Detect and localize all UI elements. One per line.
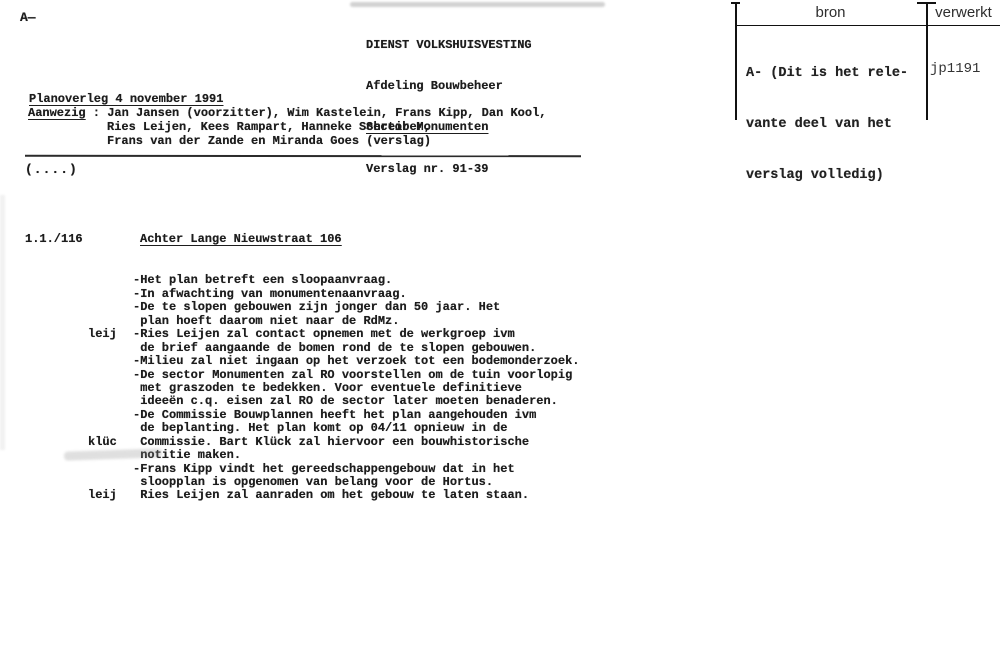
agenda-line: -De te slopen gebouwen zijn jonger dan 5… [0,300,1000,313]
agenda-rows: -Het plan betreft een sloopaanvraag.-In … [0,273,1000,501]
omission-mark: (....) [25,162,78,177]
agenda-line-text: -De te slopen gebouwen zijn jonger dan 5… [133,300,500,314]
agenda-line: de beplanting. Het plan komt op 04/11 op… [0,421,1000,434]
attendees-label: Aanwezig [28,106,86,120]
stamp-box-bron-note: A- (Dit is het rele- vante deel van het … [746,31,908,218]
letterhead-department: Afdeling Bouwbeheer [366,80,532,94]
agenda-line: -Frans Kipp vindt het gereedschappengebo… [0,462,1000,475]
agenda-line-text: Ries Leijen zal aanraden om het gebouw t… [133,488,529,502]
agenda-line-text: met graszoden te bedekken. Voor eventuel… [133,381,522,395]
scan-artifact-top [350,2,605,7]
stamp-box-bron-note-line-2: vante deel van het [746,116,908,133]
agenda-line-text: de beplanting. Het plan komt op 04/11 op… [133,421,507,435]
attendees-line-2: Ries Leijen, Kees Rampart, Hanneke Schre… [107,120,431,134]
agenda-line-text: -Frans Kipp vindt het gereedschappengebo… [133,462,515,476]
agenda-section: 1.1./116 Achter Lange Nieuwstraat 106 -H… [0,204,1000,530]
agenda-item-number: 1.1./116 [25,232,83,246]
divider-line [25,155,581,157]
agenda-line-text: -In afwachting van monumentenaanvraag. [133,287,407,301]
agenda-heading: Achter Lange Nieuwstraat 106 [140,232,342,246]
agenda-line-text: -Het plan betreft een sloopaanvraag. [133,273,392,287]
agenda-line: klüc Commissie. Bart Klück zal hiervoor … [0,435,1000,448]
attendees-line-3: Frans van der Zande en Miranda Goes (ver… [107,134,431,148]
agenda-line-text: de brief aangaande de bomen rond de te s… [133,341,536,355]
stamp-box-bron-note-line-3: verslag volledig) [746,167,908,184]
agenda-line-text: sloopplan is opgenomen van belang voor d… [133,475,493,489]
meeting-title: Planoverleg 4 november 1991 [29,92,223,106]
agenda-line: plan hoeft daarom niet naar de RdMz. [0,314,1000,327]
agenda-line-text: Commissie. Bart Klück zal hiervoor een b… [133,435,529,449]
stamp-box-header-line [735,25,1000,27]
agenda-line: de brief aangaande de bomen rond de te s… [0,341,1000,354]
agenda-line: -Milieu zal niet ingaan op het verzoek t… [0,354,1000,367]
agenda-line-text: ideeën c.q. eisen zal RO de sector later… [133,394,558,408]
agenda-line: ideeën c.q. eisen zal RO de sector later… [0,394,1000,407]
agenda-line-text: -Milieu zal niet ingaan op het verzoek t… [133,354,579,368]
agenda-line-text: -De Commissie Bouwplannen heeft het plan… [133,408,536,422]
margin-initials: leij [88,488,117,502]
stamp-box-verwerkt-value: jp1191 [930,61,980,77]
letterhead-organisation: DIENST VOLKSHUISVESTING [366,39,532,53]
agenda-line: sloopplan is opgenomen van belang voor d… [0,475,1000,488]
agenda-line: leij Ries Leijen zal aanraden om het geb… [0,488,1000,501]
agenda-heading-row: 1.1./116 Achter Lange Nieuwstraat 106 [0,232,1000,245]
agenda-line: leij-Ries Leijen zal contact opnemen met… [0,327,1000,340]
scan-artifact-left-edge [0,195,5,450]
agenda-line: -De Commissie Bouwplannen heeft het plan… [0,408,1000,421]
agenda-line-text: -Ries Leijen zal contact opnemen met de … [133,327,515,341]
attendees-names-1: : Jan Jansen (voorzitter), Wim Kastelein… [86,106,547,120]
attendees-line-1: Aanwezig : Jan Jansen (voorzitter), Wim … [28,106,546,120]
agenda-line-text: plan hoeft daarom niet naar de RdMz. [133,314,399,328]
margin-initials: leij [88,327,117,341]
stamp-box-verwerkt-header: verwerkt [927,4,1000,21]
agenda-line-text: -De sector Monumenten zal RO voorstellen… [133,368,572,382]
document-page: { "page": { "corner_mark": "A—", "ellips… [0,0,1000,650]
scanned-report: A— DIENST VOLKSHUISVESTING Afdeling Bouw… [0,0,1000,650]
stamp-box-bron-note-line-1: A- (Dit is het rele- [746,65,908,82]
agenda-line: met graszoden te bedekken. Voor eventuel… [0,381,1000,394]
corner-mark: A— [20,10,36,25]
stamp-box-bron-header: bron [735,4,926,21]
agenda-line: -Het plan betreft een sloopaanvraag. [0,273,1000,286]
agenda-line: -De sector Monumenten zal RO voorstellen… [0,368,1000,381]
agenda-line: -In afwachting van monumentenaanvraag. [0,287,1000,300]
margin-initials: klüc [88,435,117,449]
letterhead-report-number: Verslag nr. 91-39 [366,163,532,177]
